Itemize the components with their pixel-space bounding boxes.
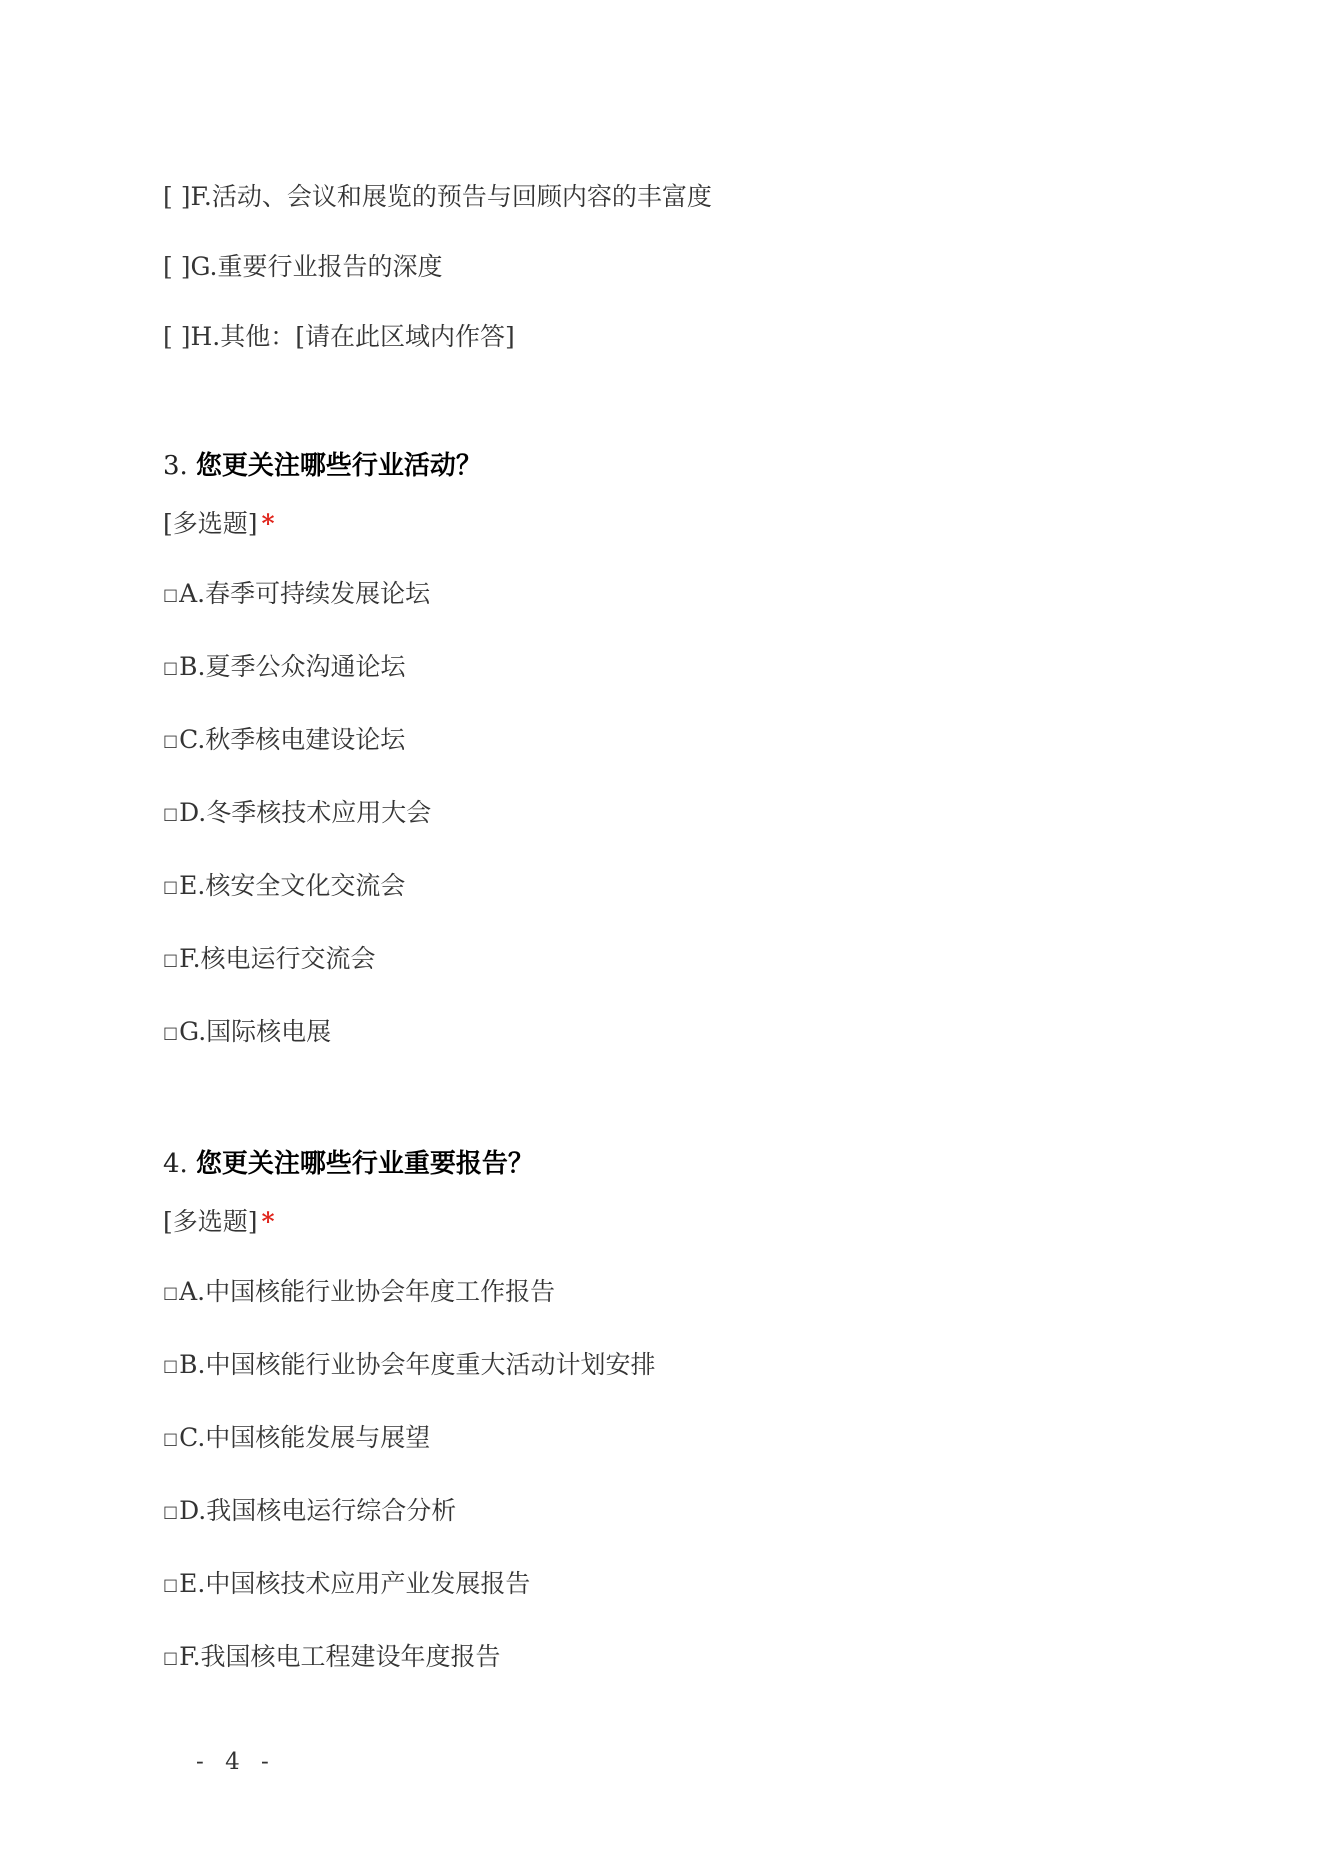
checkbox-option[interactable]: □E.中国核技术应用产业发展报告 <box>163 1568 1233 1603</box>
checkbox-icon[interactable]: □ <box>163 725 178 757</box>
type-tag-text: [多选题] <box>163 1207 258 1236</box>
checkbox-option[interactable]: □A.中国核能行业协会年度工作报告 <box>163 1276 1233 1311</box>
question-4: 4.您更关注哪些行业重要报告？ [多选题]* □A.中国核能行业协会年度工作报告… <box>163 1148 1233 1676</box>
option-label: G.国际核电展 <box>179 1017 331 1046</box>
option-label: A.中国核能行业协会年度工作报告 <box>179 1277 555 1306</box>
question-2-options-continued: [ ]F.活动、会议和展览的预告与回顾内容的丰富度 [ ]G.重要行业报告的深度… <box>163 181 1233 353</box>
checkbox-option[interactable]: □F.我国核电工程建设年度报告 <box>163 1641 1233 1676</box>
checkbox-option[interactable]: □F.核电运行交流会 <box>163 943 1233 978</box>
required-asterisk: * <box>262 1207 275 1236</box>
checkbox-icon[interactable]: □ <box>163 1277 178 1309</box>
document-page: [ ]F.活动、会议和展览的预告与回顾内容的丰富度 [ ]G.重要行业报告的深度… <box>0 0 1323 1871</box>
checkbox-icon[interactable]: [ ] <box>163 182 190 211</box>
checkbox-icon[interactable]: □ <box>163 652 178 684</box>
option-label: D.我国核电运行综合分析 <box>179 1496 456 1525</box>
checkbox-option[interactable]: □C.秋季核电建设论坛 <box>163 724 1233 759</box>
checkbox-icon[interactable]: □ <box>163 1350 178 1382</box>
required-asterisk: * <box>262 509 275 538</box>
option-label: D.冬季核技术应用大会 <box>179 798 431 827</box>
checkbox-option[interactable]: □B.夏季公众沟通论坛 <box>163 651 1233 686</box>
checkbox-option[interactable]: [ ]H.其他：[请在此区域内作答] <box>163 321 1233 353</box>
option-label: F.活动、会议和展览的预告与回顾内容的丰富度 <box>190 182 711 211</box>
checkbox-option[interactable]: □E.核安全文化交流会 <box>163 870 1233 905</box>
option-label: F.我国核电工程建设年度报告 <box>179 1642 500 1671</box>
checkbox-icon[interactable]: □ <box>163 871 178 903</box>
checkbox-option[interactable]: [ ]F.活动、会议和展览的预告与回顾内容的丰富度 <box>163 181 1233 213</box>
question-type-tag: [多选题]* <box>163 508 1233 540</box>
checkbox-icon[interactable]: □ <box>163 1642 178 1674</box>
checkbox-icon[interactable]: □ <box>163 798 178 830</box>
question-title: 3.您更关注哪些行业活动？ <box>163 450 1233 482</box>
checkbox-option[interactable]: □C.中国核能发展与展望 <box>163 1422 1233 1457</box>
type-tag-text: [多选题] <box>163 509 258 538</box>
page-number: - 4 - <box>196 1748 1233 1776</box>
question-number: 3. <box>163 451 188 481</box>
option-label: H.其他：[请在此区域内作答] <box>190 322 514 351</box>
checkbox-icon[interactable]: [ ] <box>163 322 190 351</box>
question-text: 您更关注哪些行业活动？ <box>196 451 482 481</box>
checkbox-icon[interactable]: □ <box>163 1496 178 1528</box>
question-title: 4.您更关注哪些行业重要报告？ <box>163 1148 1233 1180</box>
option-label: E.中国核技术应用产业发展报告 <box>179 1569 530 1598</box>
option-label: B.夏季公众沟通论坛 <box>179 652 405 681</box>
checkbox-option[interactable]: □D.冬季核技术应用大会 <box>163 797 1233 832</box>
checkbox-icon[interactable]: □ <box>163 1017 178 1049</box>
checkbox-option[interactable]: □G.国际核电展 <box>163 1016 1233 1051</box>
option-label: B.中国核能行业协会年度重大活动计划安排 <box>179 1350 655 1379</box>
checkbox-icon[interactable]: □ <box>163 944 178 976</box>
checkbox-option[interactable]: [ ]G.重要行业报告的深度 <box>163 251 1233 283</box>
option-label: C.秋季核电建设论坛 <box>179 725 405 754</box>
checkbox-icon[interactable]: □ <box>163 1423 178 1455</box>
question-3: 3.您更关注哪些行业活动？ [多选题]* □A.春季可持续发展论坛 □B.夏季公… <box>163 450 1233 1051</box>
question-number: 4. <box>163 1149 188 1179</box>
option-label: G.重要行业报告的深度 <box>190 252 442 281</box>
checkbox-icon[interactable]: [ ] <box>163 252 190 281</box>
checkbox-option[interactable]: □A.春季可持续发展论坛 <box>163 578 1233 613</box>
checkbox-option[interactable]: □D.我国核电运行综合分析 <box>163 1495 1233 1530</box>
option-label: A.春季可持续发展论坛 <box>179 579 430 608</box>
checkbox-icon[interactable]: □ <box>163 1569 178 1601</box>
option-label: E.核安全文化交流会 <box>179 871 405 900</box>
question-type-tag: [多选题]* <box>163 1206 1233 1238</box>
checkbox-option[interactable]: □B.中国核能行业协会年度重大活动计划安排 <box>163 1349 1233 1384</box>
question-text: 您更关注哪些行业重要报告？ <box>196 1149 534 1179</box>
checkbox-icon[interactable]: □ <box>163 579 178 611</box>
option-label: F.核电运行交流会 <box>179 944 375 973</box>
option-label: C.中国核能发展与展望 <box>179 1423 430 1452</box>
